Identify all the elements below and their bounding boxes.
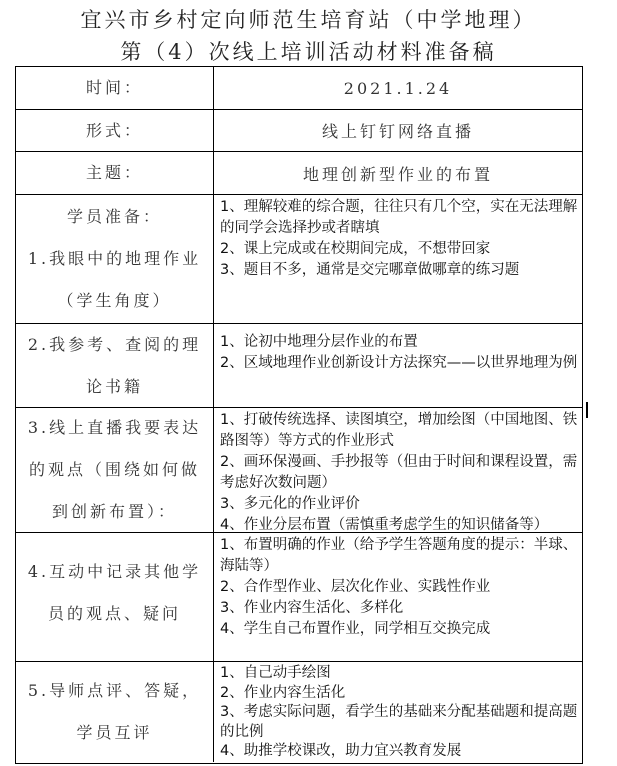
document-subtitle: 第（4）次线上培训活动材料准备稿	[0, 36, 617, 66]
activity-table: 时间： 2021.1.24 形式： 线上钉钉网络直播 主题： 地理创新型作业的布…	[15, 66, 583, 764]
label-text: 1.我眼中的地理作业	[28, 238, 201, 280]
list-item: 1、理解较难的综合题，往往只有几个空，实在无法理解的同学会选择抄或者瞎填	[220, 197, 578, 239]
label-text: 时间：	[86, 67, 143, 109]
label-text: 论书籍	[86, 366, 143, 408]
list-item: 1、论初中地理分层作业的布置	[220, 332, 578, 353]
table-row-references: 2.我参考、查阅的理 论书籍 1、论初中地理分层作业的布置 2、区域地理作业创新…	[16, 323, 582, 407]
content-cell: 1、布置明确的作业（给予学生答题角度的提示：半球、海陆等） 2、合作型作业、层次…	[214, 533, 582, 661]
label-text: 形式：	[86, 110, 143, 152]
list-item: 1、自己动手绘图	[220, 664, 578, 684]
list-item: 2、区域地理作业创新设计方法探究——以世界地理为例	[220, 353, 578, 374]
list-item: 4、助推学校课改，助力宜兴教育发展	[220, 742, 578, 762]
list-item: 2、合作型作业、层次化作业、实践性作业	[220, 577, 578, 598]
list-item: 3、多元化的作业评价	[220, 494, 578, 515]
table-row-viewpoints: 3.线上直播我要表达 的观点（围绕如何做 到创新布置）： 1、打破传统选择、读图…	[16, 407, 582, 532]
label-cell: 主题：	[16, 152, 214, 194]
table-row-topic: 主题： 地理创新型作业的布置	[16, 151, 582, 194]
list-item: 3、作业内容生活化、多样化	[220, 598, 578, 619]
list-item: 2、课上完成或在校期间完成，不想带回家	[220, 239, 578, 260]
label-cell: 5.导师点评、答疑， 学员互评	[16, 662, 214, 762]
value-cell-topic: 地理创新型作业的布置	[214, 152, 582, 194]
label-cell: 2.我参考、查阅的理 论书籍	[16, 324, 214, 407]
content-cell: 1、理解较难的综合题，往往只有几个空，实在无法理解的同学会选择抄或者瞎填 2、课…	[214, 195, 582, 323]
table-row-mentor-review: 5.导师点评、答疑， 学员互评 1、自己动手绘图 2、作业内容生活化 3、考虑实…	[16, 661, 582, 762]
label-cell: 3.线上直播我要表达 的观点（围绕如何做 到创新布置）：	[16, 408, 214, 532]
label-text: 到创新布置）：	[52, 491, 177, 533]
label-cell: 形式：	[16, 110, 214, 151]
label-cell: 学员准备： 1.我眼中的地理作业 （学生角度）	[16, 195, 214, 323]
content-cell: 1、打破传统选择、读图填空，增加绘图（中国地图、铁路图等）等方式的作业形式 2、…	[214, 408, 582, 532]
content-cell: 1、论初中地理分层作业的布置 2、区域地理作业创新设计方法探究——以世界地理为例	[214, 324, 582, 407]
table-row-time: 时间： 2021.1.24	[16, 67, 582, 109]
label-text: （学生角度）	[57, 280, 171, 322]
content-cell: 1、自己动手绘图 2、作业内容生活化 3、考虑实际问题，看学生的基础来分配基础题…	[214, 662, 582, 762]
table-row-interaction-notes: 4.互动中记录其他学 员的观点、疑问 1、布置明确的作业（给予学生答题角度的提示…	[16, 532, 582, 661]
label-text: 2.我参考、查阅的理	[28, 324, 201, 366]
label-text: 学员互评	[76, 712, 152, 754]
text-cursor-icon	[586, 402, 588, 418]
label-text: 4.互动中记录其他学	[28, 551, 201, 593]
list-item: 3、题目不多，通常是交完哪章做哪章的练习题	[220, 260, 578, 281]
label-text: 员的观点、疑问	[48, 593, 181, 635]
list-item: 1、布置明确的作业（给予学生答题角度的提示：半球、海陆等）	[220, 535, 578, 577]
list-item: 1、打破传统选择、读图填空，增加绘图（中国地图、铁路图等）等方式的作业形式	[220, 410, 578, 452]
label-text: 学员准备：	[67, 196, 162, 238]
label-cell: 时间：	[16, 67, 214, 109]
value-cell-date: 2021.1.24	[214, 67, 582, 109]
label-text: 主题：	[86, 152, 143, 194]
table-row-format: 形式： 线上钉钉网络直播	[16, 109, 582, 151]
table-row-student-view: 学员准备： 1.我眼中的地理作业 （学生角度） 1、理解较难的综合题，往往只有几…	[16, 194, 582, 323]
label-text: 3.线上直播我要表达	[28, 407, 201, 449]
label-cell: 4.互动中记录其他学 员的观点、疑问	[16, 533, 214, 661]
label-text: 的观点（围绕如何做	[29, 449, 200, 491]
list-item: 2、画环保漫画、手抄报等（但由于时间和课程设置，需考虑好次数问题）	[220, 452, 578, 494]
label-text: 5.导师点评、答疑，	[28, 670, 201, 712]
list-item: 3、考虑实际问题，看学生的基础来分配基础题和提高题的比例	[220, 703, 578, 742]
document-title: 宜兴市乡村定向师范生培育站（中学地理）	[0, 4, 617, 34]
list-item: 4、学生自己布置作业，同学相互交换完成	[220, 619, 578, 640]
list-item: 2、作业内容生活化	[220, 684, 578, 704]
value-cell-format: 线上钉钉网络直播	[214, 110, 582, 151]
